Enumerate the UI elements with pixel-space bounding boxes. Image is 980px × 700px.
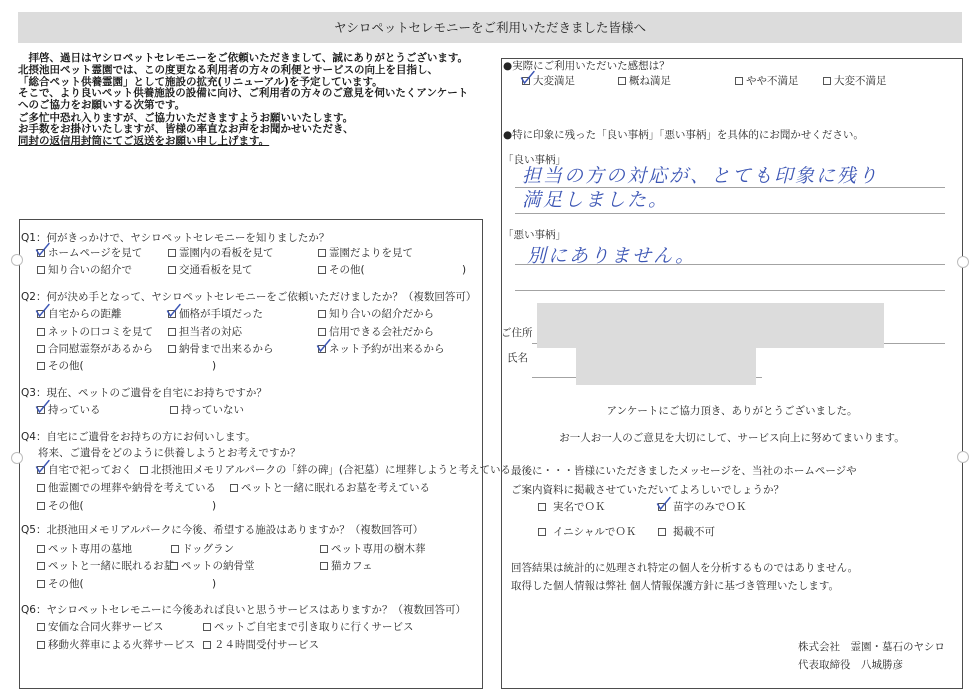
checkbox[interactable] xyxy=(140,466,148,474)
intro-line: 北摂池田ペット霊園では、この度更なる利用者の方々の利便とサービスの向上を目指し、 xyxy=(18,64,438,76)
option-label: 担当者の対応 xyxy=(179,325,242,339)
option-label: ペットと一緒に眠れるお墓 xyxy=(48,559,174,573)
checkmark-icon xyxy=(656,496,671,510)
checkbox[interactable] xyxy=(37,362,45,370)
other-blank-close: ) xyxy=(212,577,216,591)
checkbox-checked[interactable] xyxy=(658,503,666,511)
checkbox[interactable] xyxy=(618,77,626,85)
comments-title: ●特に印象に残った「良い事柄」「悪い事柄」を具体的にお聞かせください。 xyxy=(503,128,864,142)
bad-points-field[interactable]: 別にありません。 xyxy=(515,241,945,293)
intro-line: お手数をお掛けいたしますが、皆様の率直なお声をお聞かせいただき、 xyxy=(18,123,354,135)
checkbox[interactable] xyxy=(37,502,45,510)
form-title: ヤシロペットセレモニーをご利用いただきました皆様へ xyxy=(18,12,962,43)
checkbox[interactable] xyxy=(168,249,176,257)
option-label: 自宅で祀っておく xyxy=(48,463,132,477)
checkbox[interactable] xyxy=(318,328,326,336)
option-label: 信用できる会社だから xyxy=(329,325,434,339)
checkbox[interactable] xyxy=(170,406,178,414)
option-label: 霊園だよりを見て xyxy=(329,246,413,260)
option-label: 交通看板を見て xyxy=(179,263,253,277)
checkbox[interactable] xyxy=(37,641,45,649)
checkbox[interactable] xyxy=(320,545,328,553)
option-label: 納骨まで出来るから xyxy=(179,342,274,356)
option-label: 自宅からの距離 xyxy=(48,307,122,321)
checkbox-checked[interactable] xyxy=(522,77,530,85)
checkbox[interactable] xyxy=(318,266,326,274)
option-label: 持っていない xyxy=(181,403,244,417)
option-label: 他霊園での埋葬や納骨を考えている xyxy=(48,481,216,495)
option-label: 持っている xyxy=(48,403,101,417)
checkbox[interactable] xyxy=(538,503,546,511)
intro-line: 拝啓、過日はヤシロペットセレモニーをご依頼いただきまして、誠にありがとうございま… xyxy=(18,52,468,64)
bad-points-label: 「悪い事柄」 xyxy=(503,228,566,242)
option-label: ペットと一緒に眠れるお墓を考えている xyxy=(241,481,430,495)
option-label: ペットの納骨堂 xyxy=(181,559,255,573)
other-blank-close: ) xyxy=(212,499,216,513)
checkbox[interactable] xyxy=(37,484,45,492)
option-label: 知り合いの紹介で xyxy=(48,263,132,277)
punch-hole-icon xyxy=(957,256,969,268)
publish-question-line-1: 最後に・・・皆様にいただきましたメッセージを、当社のホームページや xyxy=(511,464,857,478)
question-1-label: Q1：何がきっかけで、ヤシロペットセレモニーを知りましたか？ xyxy=(21,231,329,245)
checkbox-checked[interactable] xyxy=(37,249,45,257)
checkbox[interactable] xyxy=(37,562,45,570)
option-label: 苗字のみでＯＫ xyxy=(673,500,747,514)
option-label: やや不満足 xyxy=(746,74,799,88)
checkbox-checked[interactable] xyxy=(168,310,176,318)
writing-line xyxy=(515,213,945,214)
checkbox[interactable] xyxy=(320,562,328,570)
checkbox[interactable] xyxy=(168,266,176,274)
option-label: ペット専用の墓地 xyxy=(48,542,132,556)
checkbox[interactable] xyxy=(318,249,326,257)
name-label: 氏名 xyxy=(507,351,528,365)
thanks-line-2: お一人お一人のご意見を大切にして、サービス向上に努めてまいります。 xyxy=(501,431,963,445)
option-label: 安価な合同火葬サービス xyxy=(48,620,164,634)
other-blank-close: ) xyxy=(212,359,216,373)
option-label: イニシャルでＯＫ xyxy=(553,525,636,539)
checkbox[interactable] xyxy=(318,310,326,318)
option-label: ペット専用の樹木葬 xyxy=(331,542,426,556)
checkbox[interactable] xyxy=(203,641,211,649)
option-label: 猫カフェ xyxy=(331,559,372,573)
redacted-address xyxy=(537,303,884,348)
checkbox[interactable] xyxy=(37,345,45,353)
intro-line: へのご協力をお願いする次第です。 xyxy=(18,99,185,111)
question-3-label: Q3：現在、ペットのご遺骨を自宅にお持ちですか？ xyxy=(21,386,267,400)
option-label: ホームページを見て xyxy=(48,246,142,260)
option-label: 北摂池田メモリアルパークの「絆の碑」(合祀墓）に埋葬しようと考えている xyxy=(151,463,511,477)
checkbox[interactable] xyxy=(37,623,45,631)
checkbox[interactable] xyxy=(37,266,45,274)
form-header: ヤシロペットセレモニーをご利用いただきました皆様へ xyxy=(18,12,962,43)
checkbox-checked[interactable] xyxy=(37,310,45,318)
option-label: その他( xyxy=(48,359,84,373)
checkbox[interactable] xyxy=(538,528,546,536)
option-label: 大変満足 xyxy=(533,74,575,88)
good-points-field[interactable]: 担当の方の対応が、とても印象に残り 満足しました。 xyxy=(515,164,945,216)
option-label: 掲載不可 xyxy=(673,525,715,539)
intro-line-underlined: 同封の返信用封筒にてご返送をお願い申し上げます。 xyxy=(18,135,269,147)
handwritten-good-line-1: 担当の方の対応が、とても印象に残り xyxy=(522,164,879,188)
option-label: 知り合いの紹介だから xyxy=(329,307,434,321)
option-label: ネット予約が出来るから xyxy=(329,342,445,356)
question-2-label: Q2：何が決め手となって、ヤシロペットセレモニーをご依頼いただけましたか？（複数… xyxy=(21,290,476,304)
handwritten-good-line-2: 満足しました。 xyxy=(522,188,669,212)
option-label: 合同慰霊祭があるから xyxy=(48,342,153,356)
question-5-label: Q5：北摂池田メモリアルパークに今後、希望する施設はありますか？（複数回答可） xyxy=(21,523,423,537)
checkbox-checked[interactable] xyxy=(37,406,45,414)
redacted-name xyxy=(576,348,756,385)
checkbox[interactable] xyxy=(203,623,211,631)
question-6-label: Q6：ヤシロペットセレモニーに今後あれば良いと思うサービスはありますか？（複数回… xyxy=(21,603,466,617)
checkbox[interactable] xyxy=(37,580,45,588)
option-label: ネットの口コミを見て xyxy=(48,325,153,339)
address-label: ご住所 xyxy=(501,326,533,340)
checkbox[interactable] xyxy=(37,328,45,336)
checkbox[interactable] xyxy=(658,528,666,536)
writing-line xyxy=(515,290,945,291)
privacy-note-1: 回答結果は統計的に処理され特定の個人を分析するものではありません。 xyxy=(511,561,858,575)
option-label: 移動火葬車による火葬サービス xyxy=(48,638,195,652)
question-4-sublabel: 将来、ご遺骨をどのように供養しようとお考えですか？ xyxy=(38,446,301,460)
option-label: その他( xyxy=(329,263,365,277)
company-representative: 代表取締役 八城勝彦 xyxy=(798,658,903,672)
publish-question-line-2: ご案内資料に掲載させていただいてよろしいでしょうか？ xyxy=(511,483,784,497)
question-4-label: Q4：自宅にご遺骨をお持ちの方にお伺いします。 xyxy=(21,430,256,444)
checkbox[interactable] xyxy=(168,328,176,336)
other-blank-close: ) xyxy=(462,263,466,277)
handwritten-bad-line-1: 別にありません。 xyxy=(527,244,696,268)
option-label: その他( xyxy=(48,499,84,513)
option-label: ドッグラン xyxy=(182,542,234,556)
checkbox-checked[interactable] xyxy=(318,345,326,353)
thanks-line-1: アンケートにご協力頂き、ありがとうございました。 xyxy=(501,404,963,418)
option-label: 概ね満足 xyxy=(629,74,671,88)
option-label: 大変不満足 xyxy=(834,74,887,88)
punch-hole-icon xyxy=(11,452,23,464)
checkbox[interactable] xyxy=(735,77,743,85)
option-label: 価格が手頃だった xyxy=(179,307,263,321)
option-label: ２４時間受付サービス xyxy=(214,638,319,652)
checkbox[interactable] xyxy=(37,545,45,553)
checkbox-checked[interactable] xyxy=(37,466,45,474)
punch-hole-icon xyxy=(11,254,23,266)
punch-hole-icon xyxy=(957,451,969,463)
checkbox[interactable] xyxy=(168,345,176,353)
checkbox[interactable] xyxy=(171,545,179,553)
checkbox[interactable] xyxy=(230,484,238,492)
option-label: その他( xyxy=(48,577,84,591)
option-label: 霊園内の看板を見て xyxy=(179,246,274,260)
option-label: ペットご自宅まで引き取りに行くサービス xyxy=(214,620,414,634)
checkbox[interactable] xyxy=(823,77,831,85)
intro-line: そこで、より良いペット供養施設の設備に向け、ご利用者の方々のご意見を伺いたくアン… xyxy=(18,87,468,99)
company-name: 株式会社 霊園・墓石のヤシロ xyxy=(798,640,945,654)
privacy-note-2: 取得した個人情報は弊社 個人情報保護方針に基づき管理いたします。 xyxy=(511,579,839,593)
checkbox[interactable] xyxy=(170,562,178,570)
option-label: 実名でＯＫ xyxy=(553,500,606,514)
